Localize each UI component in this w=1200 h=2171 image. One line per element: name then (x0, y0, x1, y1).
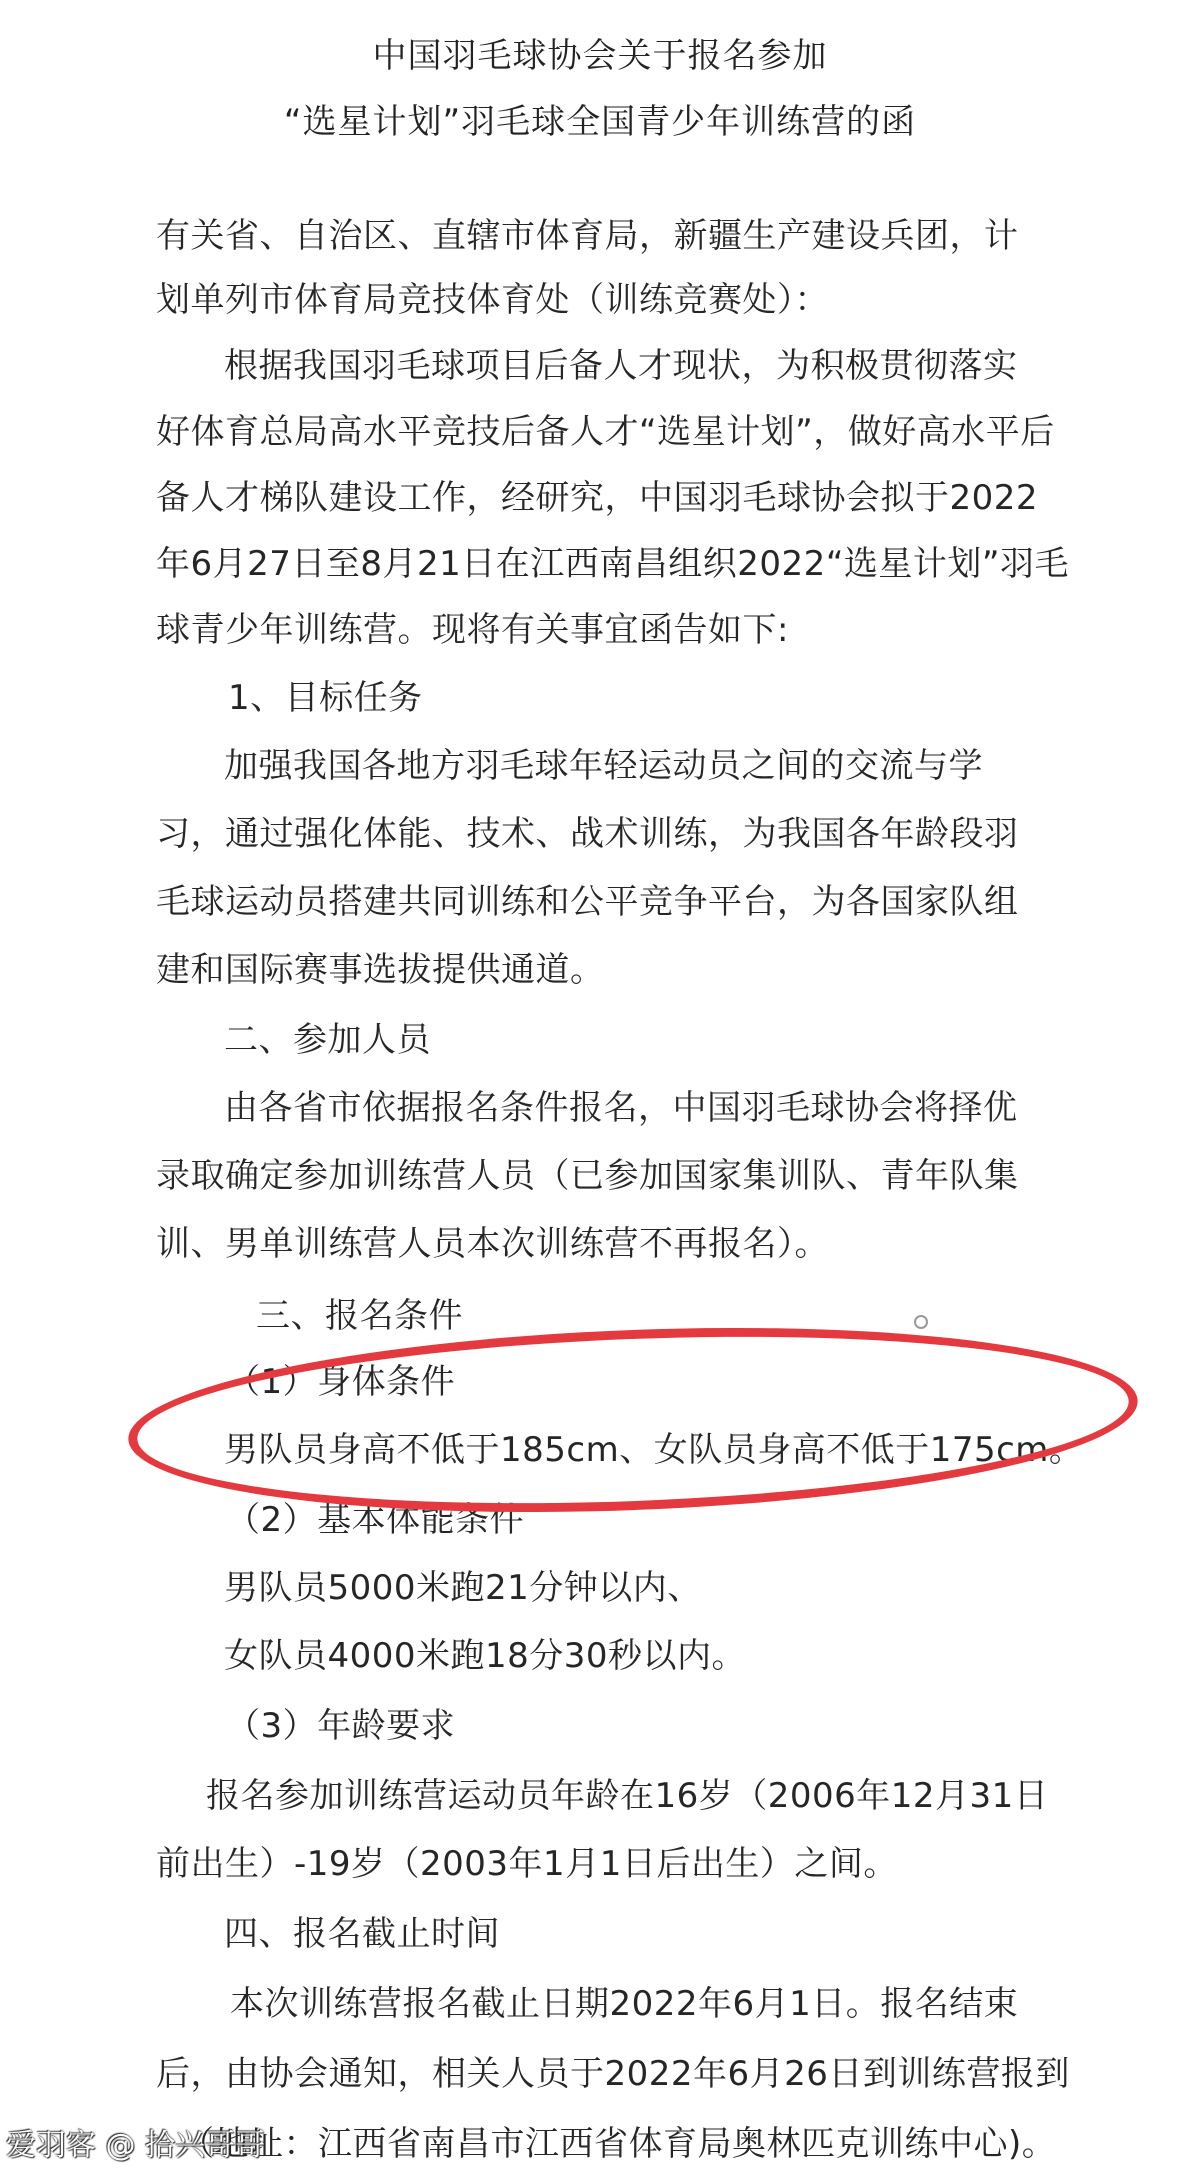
intro-paragraph-line: 好体育总局高水平竞技后备人才“选星计划”，做好高水平后 (156, 404, 1055, 453)
section-heading-objectives: 1、目标任务 (228, 670, 423, 719)
subheading-age: （3）年龄要求 (226, 1698, 455, 1747)
age-paragraph-line: 报名参加训练营运动员年龄在16岁（2006年12月31日 (206, 1768, 1048, 1817)
section-heading-deadline: 四、报名截止时间 (224, 1906, 500, 1955)
participants-paragraph-line: 由各省市依据报名条件报名，中国羽毛球协会将择优 (224, 1080, 1018, 1129)
subheading-fitness: （2）基本体能条件 (226, 1492, 524, 1541)
small-circle-mark (914, 1315, 928, 1329)
addressee-line-2: 划单列市体育局竞技体育处（训练竞赛处）： (156, 272, 829, 321)
intro-paragraph-line: 根据我国羽毛球项目后备人才现状，为积极贯彻落实 (224, 338, 1018, 387)
watermark: 爱羽客 @ 拾兴哥哥 (6, 2120, 265, 2164)
deadline-paragraph-line: 本次训练营报名截止日期2022年6月1日。报名结束 (230, 1976, 1018, 2025)
age-paragraph-line: 前出生）-19岁（2003年1月1日后出生）之间。 (156, 1836, 898, 1885)
objectives-paragraph-line: 加强我国各地方羽毛球年轻运动员之间的交流与学 (224, 738, 983, 787)
objectives-paragraph-line: 习，通过强化体能、技术、战术训练，为我国各年龄段羽 (156, 806, 1019, 855)
intro-paragraph-line: 备人才梯队建设工作，经研究，中国羽毛球协会拟于2022 (156, 470, 1038, 519)
fitness-male: 男队员5000米跑21分钟以内、 (224, 1560, 702, 1609)
document-title-line-1: 中国羽毛球协会关于报名参加 (0, 28, 1200, 77)
intro-paragraph-line: 球青少年训练营。现将有关事宜函告如下: (156, 602, 789, 651)
section-heading-requirements: 三、报名条件 (256, 1288, 463, 1337)
participants-paragraph-line: 录取确定参加训练营人员（已参加国家集训队、青年队集 (156, 1148, 1019, 1197)
addressee-line-1: 有关省、自治区、直辖市体育局，新疆生产建设兵团，计 (156, 208, 1019, 257)
objectives-paragraph-line: 毛球运动员搭建共同训练和公平竞争平台，为各国家队组 (156, 874, 1019, 923)
document-title-line-2: “选星计划”羽毛球全国青少年训练营的函 (0, 94, 1200, 143)
participants-paragraph-line: 训、男单训练营人员本次训练营不再报名）。 (156, 1216, 829, 1265)
fitness-female: 女队员4000米跑18分30秒以内。 (224, 1628, 746, 1677)
deadline-paragraph-line: 后，由协会通知，相关人员于2022年6月26日到训练营报到 (156, 2046, 1070, 2095)
intro-paragraph-line: 年6月27日至8月21日在江西南昌组织2022“选星计划”羽毛 (156, 536, 1069, 585)
objectives-paragraph-line: 建和国际赛事选拔提供通道。 (156, 942, 605, 991)
height-requirement: 男队员身高不低于185cm、女队员身高不低于175cm。 (224, 1422, 1083, 1471)
subheading-physical: （1）身体条件 (226, 1354, 455, 1403)
section-heading-participants: 二、参加人员 (224, 1012, 431, 1061)
deadline-paragraph-line: （地址：江西省南昌市江西省体育局奥林匹克训练中心)。 (180, 2116, 1056, 2165)
